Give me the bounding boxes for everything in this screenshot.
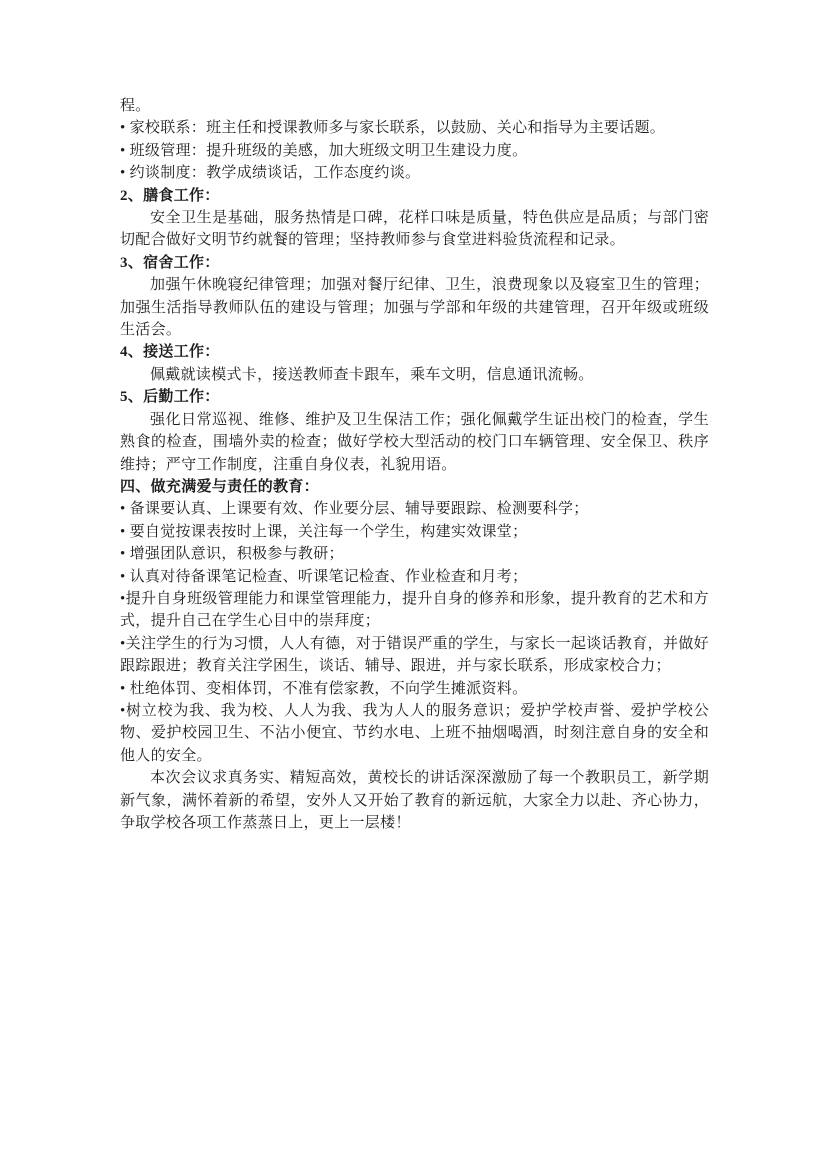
heading-dormitory-work: 3、宿舍工作：: [120, 252, 709, 274]
page-continuation-line: 程。: [120, 95, 709, 117]
heading-love-responsibility-education: 四、做充满爱与责任的教育：: [120, 476, 709, 498]
bullet-interview-system: • 约谈制度：教学成绩谈话，工作态度约谈。: [120, 162, 709, 184]
document-page: 程。 • 家校联系：班主任和授课教师多与家长联系，以鼓励、关心和指导为主要话题。…: [0, 0, 827, 1169]
bullet-timetable-classes: • 要自觉按课表按时上课，关注每一个学生，构建实效课堂；: [120, 521, 709, 543]
heading-meal-work: 2、膳食工作：: [120, 185, 709, 207]
bullet-service-awareness: •树立校为我、我为校、人人为我、我为人人的服务意识；爱护学校声誉、爱护学校公物、…: [120, 700, 709, 767]
heading-transport-work: 4、接送工作：: [120, 341, 709, 363]
para-closing-remarks: 本次会议求真务实、精短高效，黄校长的讲话深深激励了每一个教职员工，新学期新气象，…: [120, 767, 709, 834]
para-transport-work: 佩戴就读模式卡，接送教师查卡跟车，乘车文明，信息通讯流畅。: [120, 364, 709, 386]
bullet-team-awareness: • 增强团队意识，积极参与教研；: [120, 543, 709, 565]
bullet-self-improvement: •提升自身班级管理能力和课堂管理能力，提升自身的修养和形象，提升教育的艺术和方式…: [120, 588, 709, 633]
bullet-notes-inspection: • 认真对待备课笔记检查、听课笔记检查、作业检查和月考；: [120, 566, 709, 588]
bullet-no-corporal-punishment: • 杜绝体罚、变相体罚，不准有偿家教，不向学生摊派资料。: [120, 678, 709, 700]
bullet-home-school-contact: • 家校联系：班主任和授课教师多与家长联系，以鼓励、关心和指导为主要话题。: [120, 117, 709, 139]
para-meal-work: 安全卫生是基础，服务热情是口碑，花样口味是质量，特色供应是品质；与部门密切配合做…: [120, 207, 709, 252]
heading-logistics-work: 5、后勤工作：: [120, 386, 709, 408]
bullet-lesson-preparation: • 备课要认真、上课要有效、作业要分层、辅导要跟踪、检测要科学；: [120, 498, 709, 520]
para-logistics-work: 强化日常巡视、维修、维护及卫生保洁工作；强化佩戴学生证出校门的检查，学生熟食的检…: [120, 409, 709, 476]
bullet-class-management: • 班级管理：提升班级的美感，加大班级文明卫生建设力度。: [120, 140, 709, 162]
bullet-student-behavior: •关注学生的行为习惯，人人有德，对于错误严重的学生，与家长一起谈话教育，并做好跟…: [120, 633, 709, 678]
para-dormitory-work: 加强午休晚寝纪律管理；加强对餐厅纪律、卫生，浪费现象以及寝室卫生的管理；加强生活…: [120, 274, 709, 341]
